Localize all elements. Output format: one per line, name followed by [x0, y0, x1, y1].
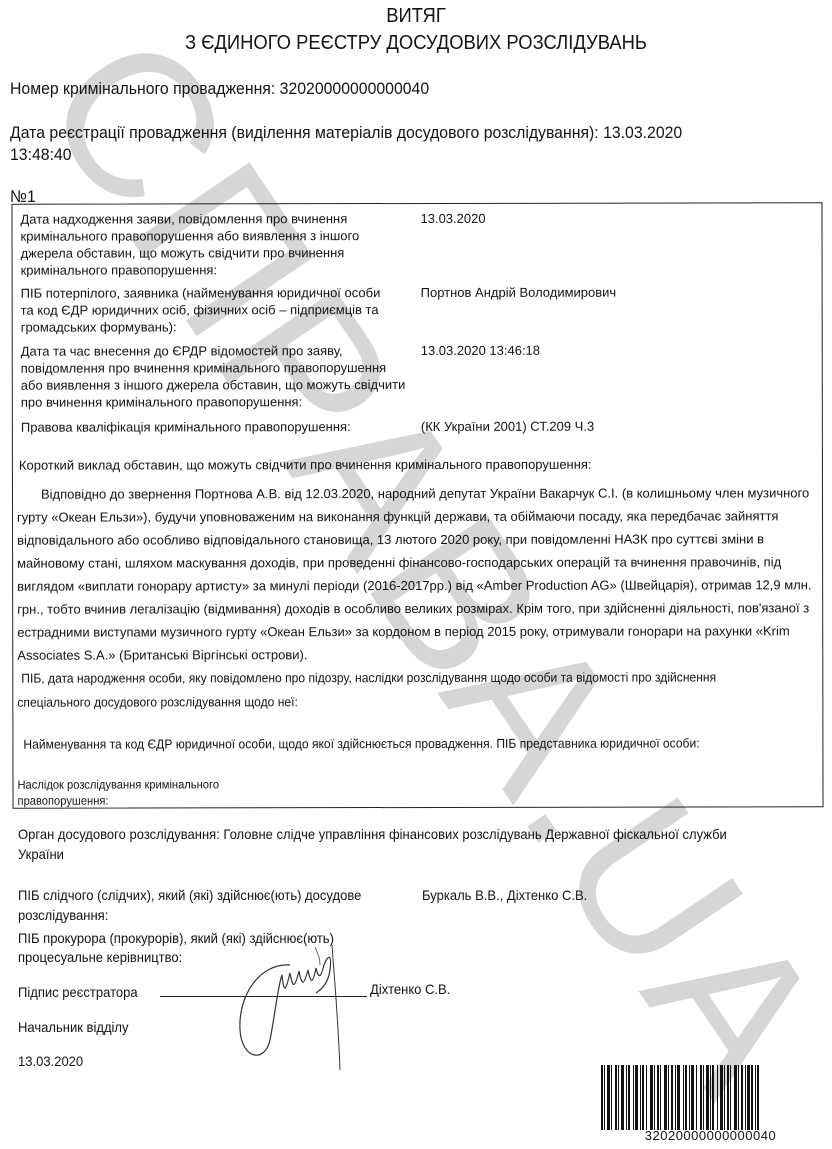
- entry-datetime-label: Дата та час внесення до ЄРДР відомостей …: [21, 342, 406, 411]
- legal-qualification-label: Правова кваліфікація кримінального право…: [21, 418, 391, 436]
- investigators-label-line1: ПІБ слідчого (слідчих), який (які) здійс…: [18, 886, 361, 905]
- applicant-value: Портнов Андрій Володимирович: [421, 283, 801, 301]
- registrar-name: Діхтенко С.В.: [370, 980, 450, 999]
- registration-date-value: 13.03.2020: [603, 123, 682, 142]
- document-date: 13.03.2020: [18, 1052, 83, 1071]
- applicant-label: ПІБ потерпілого, заявника (найменування …: [21, 284, 391, 336]
- authority-line1: Орган досудового розслідування: Головне …: [18, 825, 727, 844]
- entry-box: Дата надходження заяви, повідомлення про…: [11, 202, 823, 808]
- summary-label: Короткий виклад обставин, що можуть свід…: [19, 455, 819, 473]
- registration-date-label: Дата реєстрації провадження (виділення м…: [10, 123, 599, 142]
- registration-date: Дата реєстрації провадження (виділення м…: [10, 122, 828, 166]
- receipt-date-label: Дата надходження заяви, повідомлення про…: [20, 210, 390, 279]
- authority-line2: України: [18, 845, 64, 864]
- legal-qualification-value: (КК України 2001) СТ.209 Ч.3: [421, 417, 801, 435]
- suspect-label-line1: ПІБ, дата народження особи, яку повідомл…: [21, 669, 716, 685]
- result-label-line1: Наслідок розслідування кримінального: [17, 777, 219, 791]
- document-title: ВИТЯГ: [33, 5, 798, 28]
- summary-text: Відповідно до звернення Портнова А.В. ві…: [17, 481, 817, 666]
- legal-entity-label: Найменування та код ЄДР юридичної особи,…: [23, 736, 699, 752]
- department-head-label: Начальник відділу: [18, 1018, 129, 1037]
- receipt-date-value: 13.03.2020: [420, 209, 800, 227]
- proceeding-number: Номер кримінального провадження: 3202000…: [10, 79, 429, 99]
- result-label-line2: правопорушення:: [18, 794, 109, 808]
- handwritten-signature-icon: [220, 935, 380, 1075]
- barcode-number: 32020000000000040: [601, 1128, 820, 1143]
- prosecutors-label-line2: процесуальне керівництво:: [18, 948, 182, 967]
- document-page: ВИТЯГ З ЄДИНОГО РЕЄСТРУ ДОСУДОВИХ РОЗСЛІ…: [0, 0, 832, 1149]
- registration-time-value: 13:48:40: [10, 145, 72, 164]
- investigators-label-line2: розслідування:: [18, 906, 108, 925]
- proceeding-number-label: Номер кримінального провадження:: [10, 79, 275, 98]
- suspect-label-line2: спеціального досудового розслідування що…: [17, 694, 298, 709]
- investigators-value: Буркаль В.В., Діхтенко С.В.: [422, 886, 587, 905]
- document-subtitle: З ЄДИНОГО РЕЄСТРУ ДОСУДОВИХ РОЗСЛІДУВАНЬ: [33, 32, 798, 55]
- barcode-icon: [601, 1065, 820, 1130]
- registrar-signature-label: Підпис реєстратора: [18, 983, 138, 1002]
- entry-datetime-value: 13.03.2020 13:46:18: [421, 341, 801, 359]
- proceeding-number-value: 32020000000000040: [280, 79, 429, 98]
